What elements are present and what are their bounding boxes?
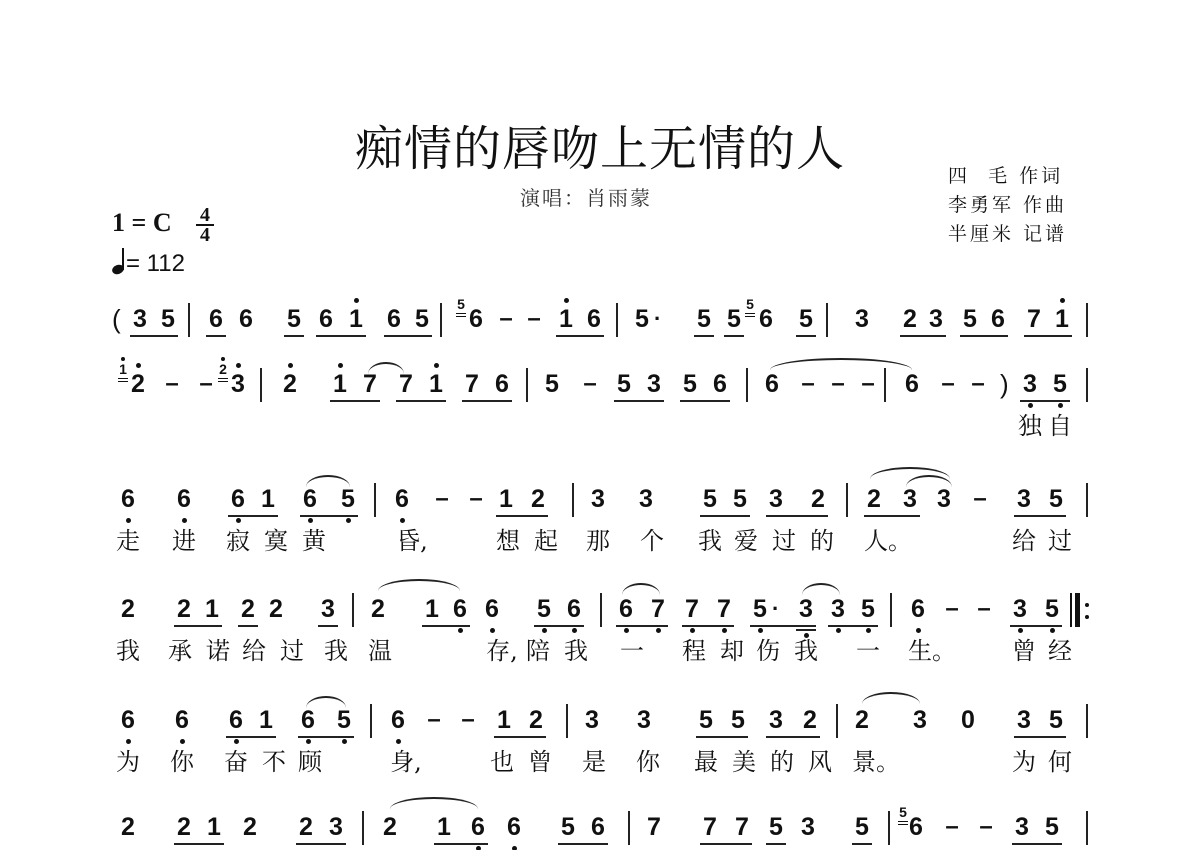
note: 5 [334, 706, 354, 734]
low-octave-dot [126, 739, 131, 744]
note: 5 [858, 595, 878, 623]
lyric-syllable: 风 [806, 748, 834, 776]
note: 6 [316, 305, 336, 333]
beam-underline [330, 400, 380, 402]
note: 5 [694, 305, 714, 333]
note: 5 [542, 370, 562, 398]
lyric-syllable: 也 [488, 748, 516, 776]
lyric-syllable: 顾 [296, 748, 324, 776]
note: 5 [852, 813, 872, 841]
beam-underline [828, 625, 878, 627]
lyric-syllable: 爱 [732, 527, 760, 555]
note: 6 [988, 305, 1008, 333]
barline [1086, 303, 1088, 337]
grace-note: 5 [743, 297, 757, 311]
note: 2 [808, 485, 828, 513]
key-signature: 1 = C [112, 208, 172, 238]
barline [836, 704, 838, 738]
beam-underline [900, 335, 946, 337]
beam-underline [852, 843, 872, 845]
note: 2 [240, 813, 260, 841]
beam-underline [284, 335, 304, 337]
augmentation-dot: · [772, 595, 779, 623]
note: 3 [900, 485, 920, 513]
barline [616, 303, 618, 337]
note: 1 [330, 370, 350, 398]
note: 5 [1042, 595, 1062, 623]
note: 5 [960, 305, 980, 333]
note: 5 [724, 305, 744, 333]
note: 2 [128, 370, 148, 398]
low-octave-dot [836, 628, 841, 633]
note: 3 [588, 485, 608, 513]
slur-arc [306, 475, 350, 487]
high-octave-dot [1060, 298, 1065, 303]
beam-underline [534, 625, 584, 627]
lyric-syllable: 的 [768, 748, 796, 776]
extension-dash: – [938, 370, 958, 398]
lyric-syllable: 过 [1046, 527, 1074, 555]
note: 2 [118, 595, 138, 623]
beam-underline [422, 625, 470, 627]
beam-underline [556, 335, 604, 337]
note: 2 [296, 813, 316, 841]
note: 3 [634, 706, 654, 734]
extension-dash: – [942, 813, 962, 841]
beam-underline [130, 335, 178, 337]
beam-underline [1014, 515, 1066, 517]
low-octave-dot [512, 846, 517, 850]
extension-dash: – [828, 370, 848, 398]
low-octave-dot [180, 739, 185, 744]
note: 6 [228, 485, 248, 513]
extension-dash: – [162, 370, 182, 398]
lyric-syllable: 承 [166, 637, 194, 665]
low-octave-dot [400, 518, 405, 523]
barline [1086, 704, 1088, 738]
barline [440, 303, 442, 337]
beam-underline [318, 625, 338, 627]
note: 3 [796, 595, 816, 623]
note: 6 [504, 813, 524, 841]
note: 6 [492, 370, 512, 398]
augmentation-dot: · [654, 305, 661, 333]
beam-underline [174, 843, 224, 845]
lyric-syllable: 诺 [204, 637, 232, 665]
beam-underline [960, 335, 1008, 337]
beam-underline [174, 625, 222, 627]
beam-underline [1020, 400, 1070, 402]
barline [846, 483, 848, 517]
lyric-syllable: 却 [718, 637, 746, 665]
barline [572, 483, 574, 517]
barline [884, 368, 886, 402]
note: 3 [798, 813, 818, 841]
beam-underline [226, 736, 276, 738]
slur-arc [390, 797, 478, 809]
note: 2 [174, 595, 194, 623]
note: 6 [172, 706, 192, 734]
note: 1 [256, 706, 276, 734]
quarter-note-icon [112, 248, 126, 274]
barline [374, 483, 376, 517]
note: 2 [380, 813, 400, 841]
note: 3 [766, 706, 786, 734]
note: 2 [174, 813, 194, 841]
extension-dash: – [942, 595, 962, 623]
low-octave-dot [306, 739, 311, 744]
extension-dash: – [798, 370, 818, 398]
note: 6 [388, 706, 408, 734]
note: 0 [958, 706, 978, 734]
high-octave-dot [434, 363, 439, 368]
grace-note: 2 [216, 362, 230, 376]
beam-underline [796, 335, 816, 337]
note: 2 [528, 485, 548, 513]
slur-arc [368, 362, 404, 374]
lyric-syllable: 是 [580, 748, 608, 776]
lyric-syllable: 想 [494, 527, 522, 555]
note: 5 [284, 305, 304, 333]
lyric-syllable: 黄 [300, 527, 328, 555]
barline [352, 593, 354, 627]
barline [566, 704, 568, 738]
note: 1 [1052, 305, 1072, 333]
note: 5 [696, 706, 716, 734]
barline [1086, 368, 1088, 402]
lyric-syllable: 给 [1010, 527, 1038, 555]
beam-underline [696, 736, 748, 738]
note: 6 [118, 706, 138, 734]
beam-underline [766, 843, 786, 845]
note: 3 [934, 485, 954, 513]
barline [370, 704, 372, 738]
note: 5 [158, 305, 178, 333]
high-octave-dot [288, 363, 293, 368]
lyric-syllable: 你 [634, 748, 662, 776]
note: 6 [710, 370, 730, 398]
lyric-syllable: 最 [692, 748, 720, 776]
lyric-syllable: 奋 [222, 748, 250, 776]
note: 6 [482, 595, 502, 623]
note: 5 [534, 595, 554, 623]
beam-underline [316, 335, 366, 337]
beam-underline [724, 335, 744, 337]
grace-note: 5 [896, 805, 910, 819]
extension-dash: – [976, 813, 996, 841]
barline [1086, 483, 1088, 517]
note: 5 [412, 305, 432, 333]
low-octave-dot [346, 518, 351, 523]
beam-underline [616, 625, 668, 627]
lyric-syllable: 不 [260, 748, 288, 776]
beam-underline [206, 335, 226, 337]
note: 1 [556, 305, 576, 333]
extension-dash: – [968, 370, 988, 398]
note: 6 [174, 485, 194, 513]
note: 1 [496, 485, 516, 513]
beam-underline [396, 400, 446, 402]
tempo-marking: = 112 [112, 248, 185, 278]
note: 7 [360, 370, 380, 398]
beam-underline [384, 335, 432, 337]
note: 3 [1012, 813, 1032, 841]
beam-underline [1012, 843, 1062, 845]
note: 7 [1024, 305, 1044, 333]
note: 6 [384, 305, 404, 333]
low-octave-dot [542, 628, 547, 633]
lyric-syllable: 景。 [852, 748, 892, 776]
note: 5 [700, 485, 720, 513]
note: 1 [426, 370, 446, 398]
beam-underline-double [796, 629, 816, 631]
low-octave-dot [490, 628, 495, 633]
time-signature: 4 4 [194, 206, 216, 244]
barline [826, 303, 828, 337]
lyric-syllable: 程 [680, 637, 708, 665]
lyric-syllable: 曾 [1010, 637, 1038, 665]
lyric-syllable: 昏, [392, 527, 432, 555]
note: 2 [280, 370, 300, 398]
lyric-syllable: 何 [1046, 748, 1074, 776]
note: 6 [902, 370, 922, 398]
beam-underline [494, 736, 546, 738]
note: 6 [908, 595, 928, 623]
note: 6 [298, 706, 318, 734]
beam-underline [700, 515, 750, 517]
note: 3 [636, 485, 656, 513]
high-octave-dot [136, 363, 141, 368]
low-octave-dot [126, 518, 131, 523]
time-signature-bottom: 4 [194, 226, 216, 244]
note: 3 [582, 706, 602, 734]
note: 5 [1042, 813, 1062, 841]
note: 3 [852, 305, 872, 333]
extension-dash: – [580, 370, 600, 398]
note: 6 [564, 595, 584, 623]
low-octave-dot [396, 739, 401, 744]
note: 7 [714, 595, 734, 623]
extension-dash: – [524, 305, 544, 333]
lyric-syllable: 身, [386, 748, 426, 776]
lyric-syllable: 寂 [224, 527, 252, 555]
lyric-syllable: 我 [562, 637, 590, 665]
note: 6 [756, 305, 776, 333]
note: 6 [588, 813, 608, 841]
note: 2 [238, 595, 258, 623]
extension-dash: – [496, 305, 516, 333]
lyric-syllable: 过 [770, 527, 798, 555]
lyric-syllable: 独 [1016, 412, 1044, 440]
note: 3 [766, 485, 786, 513]
lyric-syllable: 的 [808, 527, 836, 555]
note: 6 [236, 305, 256, 333]
note: 3 [1020, 370, 1040, 398]
barline [260, 368, 262, 402]
note: 3 [926, 305, 946, 333]
low-octave-dot [308, 518, 313, 523]
low-octave-dot [234, 739, 239, 744]
note: 6 [584, 305, 604, 333]
beam-underline [1010, 625, 1062, 627]
barline [1086, 811, 1088, 845]
note: 6 [226, 706, 246, 734]
beam-underline [694, 335, 714, 337]
note: 7 [396, 370, 416, 398]
lyric-syllable: 一 [854, 637, 882, 665]
high-octave-dot [338, 363, 343, 368]
slur-arc [770, 358, 912, 370]
note: 3 [326, 813, 346, 841]
beam-underline [238, 625, 258, 627]
extension-dash: – [858, 370, 878, 398]
note: 2 [900, 305, 920, 333]
low-octave-dot [236, 518, 241, 523]
low-octave-dot [758, 628, 763, 633]
lyric-syllable: 曾 [526, 748, 554, 776]
note: 5 [680, 370, 700, 398]
note: 5 [614, 370, 634, 398]
note: 3 [130, 305, 150, 333]
note: 7 [462, 370, 482, 398]
barline [890, 593, 892, 627]
note: 1 [422, 595, 442, 623]
lyric-syllable: 过 [278, 637, 306, 665]
note: 2 [800, 706, 820, 734]
lyric-syllable: 我 [322, 637, 350, 665]
extension-dash: – [466, 485, 486, 513]
beam-underline [1024, 335, 1072, 337]
note: 5 [728, 706, 748, 734]
note: 7 [648, 595, 668, 623]
lyric-syllable: 我 [114, 637, 142, 665]
note: 7 [700, 813, 720, 841]
note: 2 [852, 706, 872, 734]
low-octave-dot [866, 628, 871, 633]
lyric-syllable: 温 [366, 637, 394, 665]
lyric-syllable: 一 [618, 637, 646, 665]
low-octave-dot [458, 628, 463, 633]
beam-underline [750, 625, 816, 627]
note: 6 [206, 305, 226, 333]
slur-arc [802, 583, 840, 595]
paren: ) [1000, 370, 1009, 398]
note: 6 [468, 813, 488, 841]
note: 6 [466, 305, 486, 333]
lyric-syllable: 寞 [262, 527, 290, 555]
lyric-syllable: 我 [696, 527, 724, 555]
credits-block: 四 毛 作词 李勇军 作曲 半厘米 记谱 [948, 162, 1067, 249]
note: 3 [318, 595, 338, 623]
note: 2 [864, 485, 884, 513]
grace-note: 5 [454, 297, 468, 311]
low-octave-dot [572, 628, 577, 633]
note: 6 [118, 485, 138, 513]
note: 3 [828, 595, 848, 623]
low-octave-dot [1058, 403, 1063, 408]
note: 5 [1046, 706, 1066, 734]
lyric-syllable: 那 [584, 527, 612, 555]
note: 5 [1050, 370, 1070, 398]
beam-underline [228, 515, 278, 517]
note: 6 [392, 485, 412, 513]
lyric-syllable: 走 [114, 527, 142, 555]
grace-note: 1 [116, 362, 130, 376]
low-octave-dot [1028, 403, 1033, 408]
lyric-syllable: 进 [170, 527, 198, 555]
note: 5 [338, 485, 358, 513]
note: 5 [750, 595, 770, 623]
extension-dash: – [970, 485, 990, 513]
barline [188, 303, 190, 337]
lyric-syllable: 我 [792, 637, 820, 665]
note: 1 [202, 595, 222, 623]
barline [526, 368, 528, 402]
low-octave-dot [1018, 628, 1023, 633]
note: 5 [796, 305, 816, 333]
extension-dash: – [424, 706, 444, 734]
note: 2 [368, 595, 388, 623]
composer-credit: 李勇军 作曲 [948, 191, 1067, 220]
note: 2 [526, 706, 546, 734]
lyric-syllable: 经 [1046, 637, 1074, 665]
note: 1 [204, 813, 224, 841]
tempo-value: = 112 [126, 250, 185, 277]
lyric-syllable: 为 [114, 748, 142, 776]
beam-underline [1014, 736, 1066, 738]
lyricist-credit: 四 毛 作词 [948, 162, 1067, 191]
singer-credit: 演唱：肖雨蒙 [520, 182, 652, 211]
beam-underline [300, 515, 358, 517]
high-octave-dot [236, 363, 241, 368]
transcriber-credit: 半厘米 记谱 [948, 220, 1067, 249]
low-octave-dot [1050, 628, 1055, 633]
extension-dash: – [432, 485, 452, 513]
paren: ( [112, 305, 121, 333]
note: 1 [434, 813, 454, 841]
note: 6 [616, 595, 636, 623]
low-octave-dot [342, 739, 347, 744]
low-octave-dot [690, 628, 695, 633]
barline [628, 811, 630, 845]
lyric-syllable: 为 [1010, 748, 1038, 776]
note: 7 [644, 813, 664, 841]
low-octave-dot [624, 628, 629, 633]
low-octave-dot [916, 628, 921, 633]
low-octave-dot [182, 518, 187, 523]
time-signature-top: 4 [194, 206, 216, 224]
note: 6 [300, 485, 320, 513]
note: 2 [118, 813, 138, 841]
extension-dash: – [196, 370, 216, 398]
lyric-syllable: 生。 [908, 637, 948, 665]
beam-underline [296, 843, 346, 845]
high-octave-dot [564, 298, 569, 303]
high-octave-dot [354, 298, 359, 303]
beam-underline [462, 400, 512, 402]
lyric-syllable: 起 [532, 527, 560, 555]
beam-underline [614, 400, 664, 402]
barline [362, 811, 364, 845]
lyric-syllable: 伤 [754, 637, 782, 665]
extension-dash: – [458, 706, 478, 734]
note: 3 [910, 706, 930, 734]
beam-underline [766, 736, 820, 738]
note: 7 [682, 595, 702, 623]
beam-underline [496, 515, 548, 517]
low-octave-dot [476, 846, 481, 850]
lyric-syllable: 你 [168, 748, 196, 776]
